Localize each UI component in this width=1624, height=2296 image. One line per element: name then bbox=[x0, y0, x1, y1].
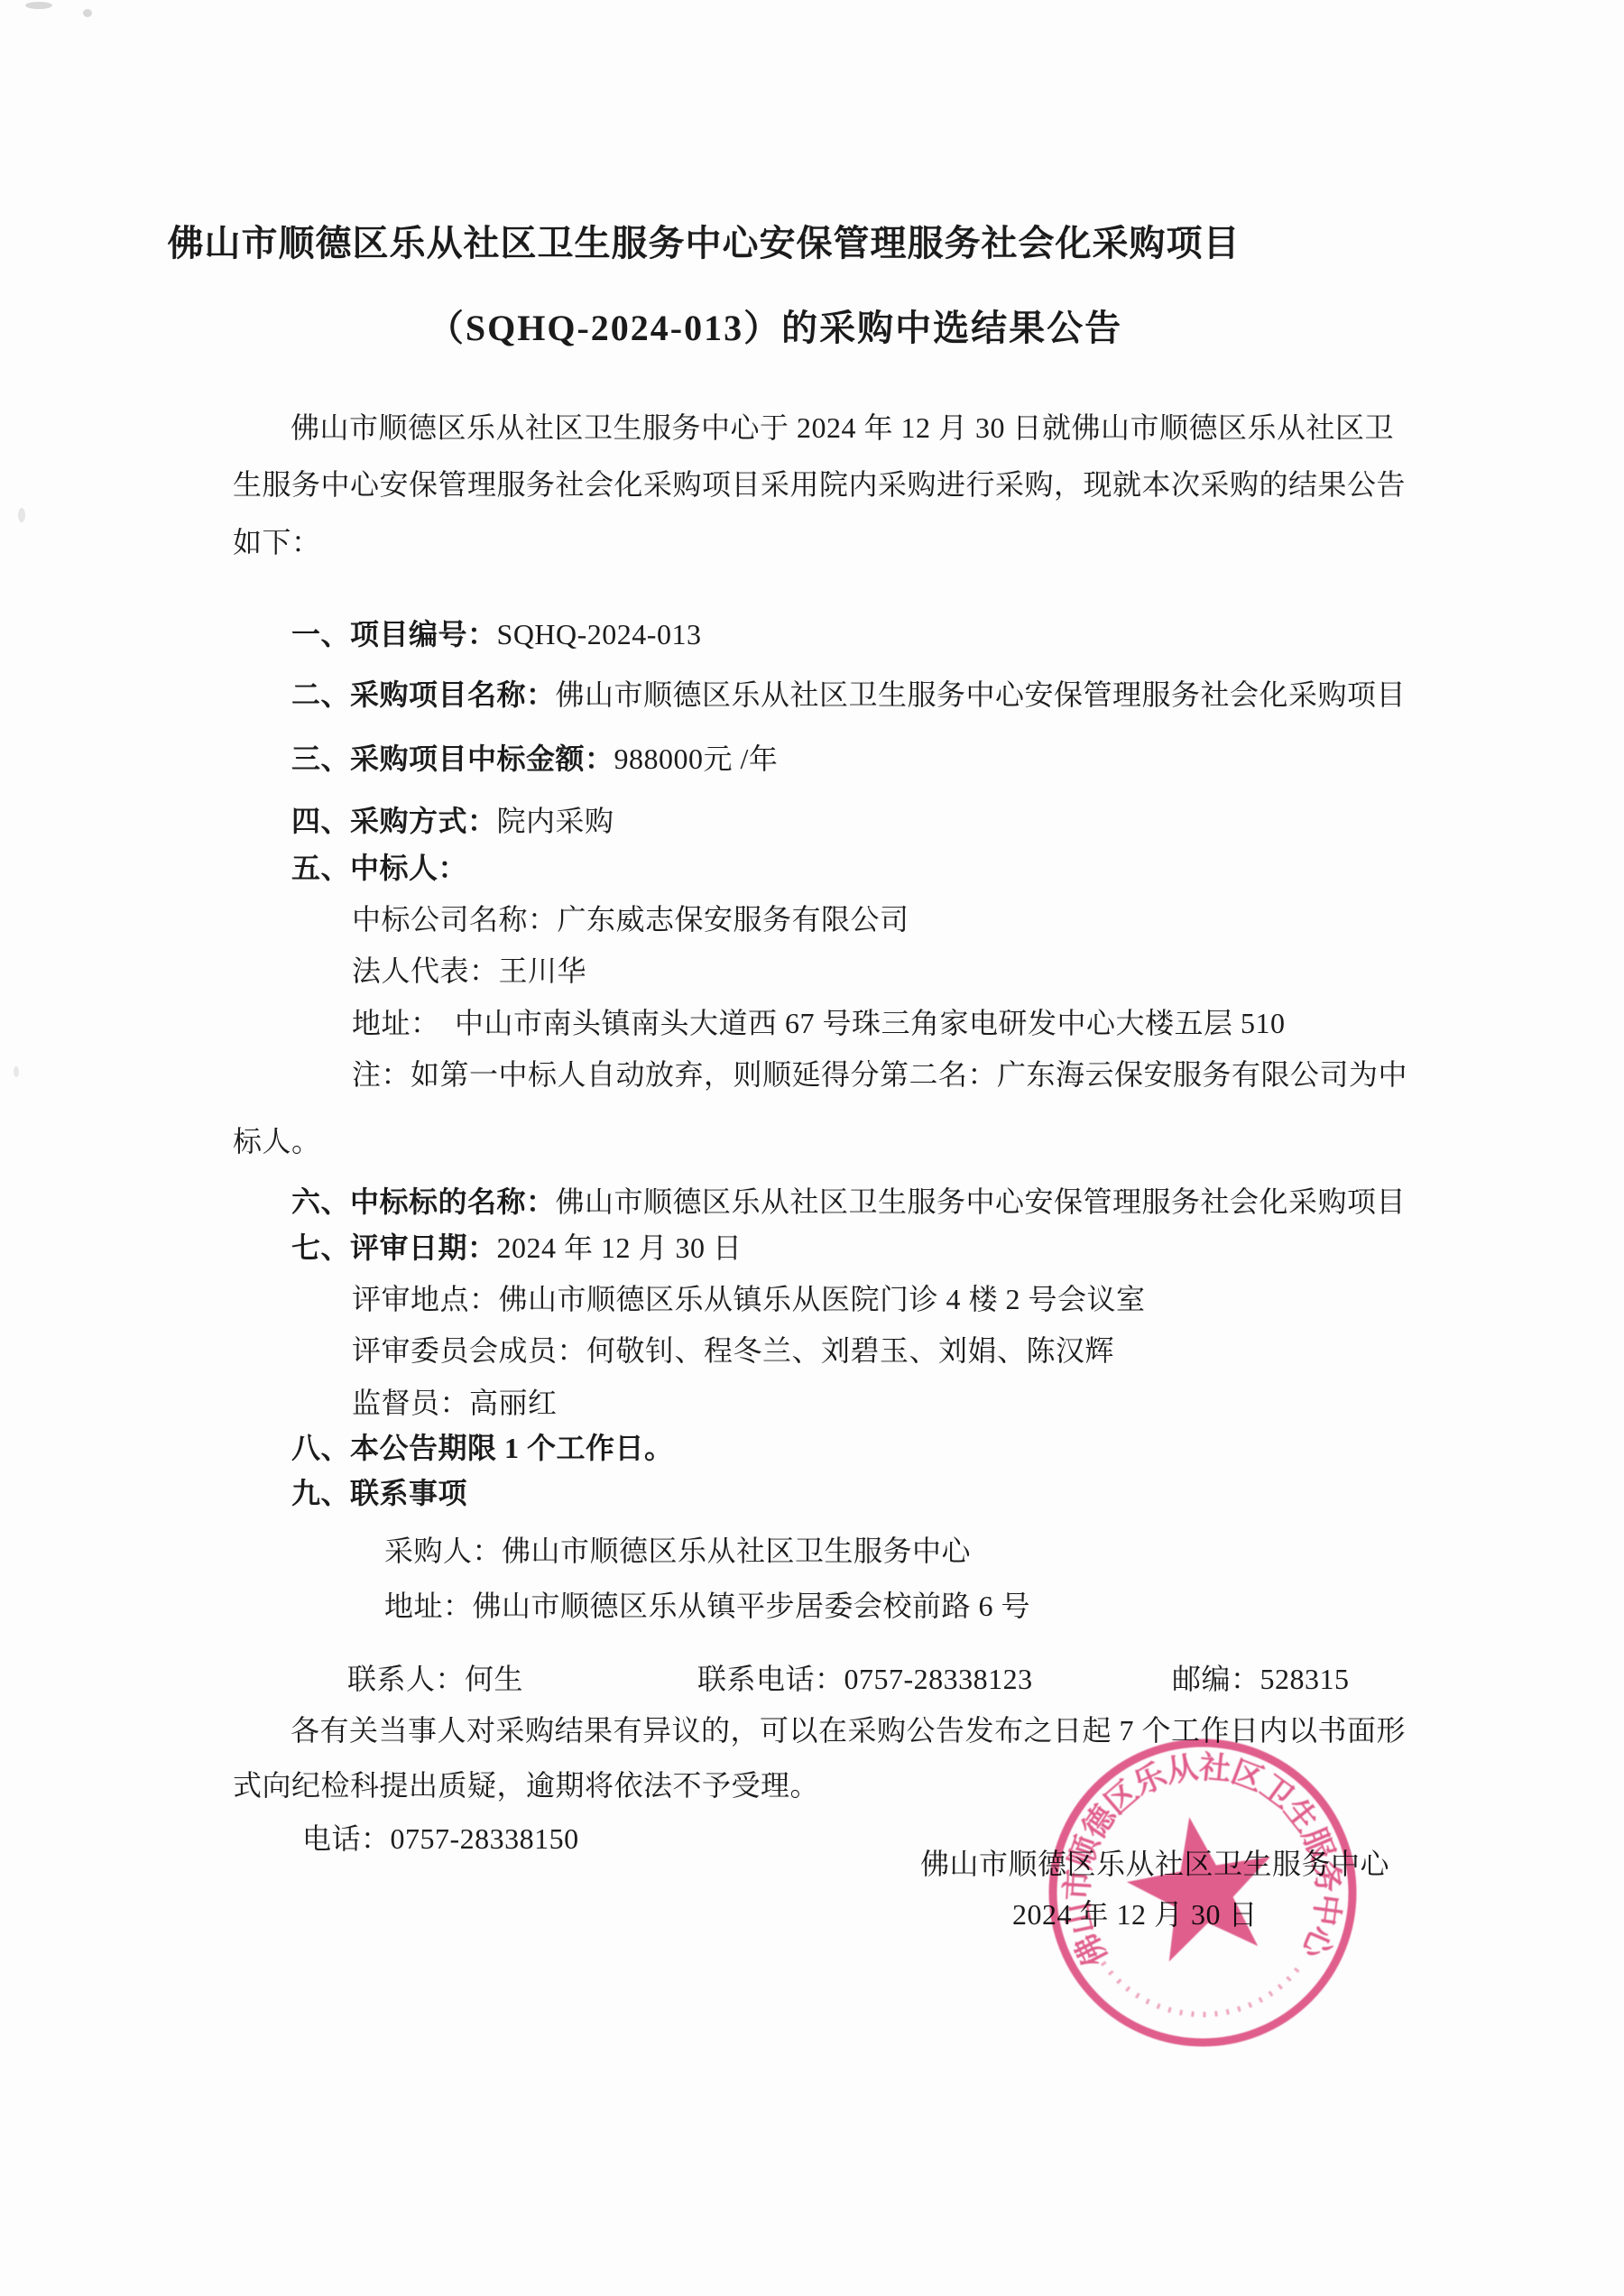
line-text: 评审地点：佛山市顺德区乐从镇乐从医院门诊 4 楼 2 号会议室 bbox=[352, 1283, 1146, 1315]
line-heading-label: 八、本公告期限 1 个工作日。 bbox=[291, 1432, 674, 1464]
line-text: 988000元 /年 bbox=[614, 742, 779, 775]
line-heading-label: 九、联系事项 bbox=[291, 1477, 467, 1509]
document-line: 法人代表：王川华 bbox=[233, 951, 1615, 991]
document-line: 如下： bbox=[233, 522, 1496, 562]
document-line: 地址： 中山市南头镇南头大道西 67 号珠三角家电研发中心大楼五层 510 bbox=[233, 1003, 1615, 1043]
document-line-segment: 联系人：何生 bbox=[347, 1659, 523, 1699]
line-text: 采购人：佛山市顺德区乐从社区卫生服务中心 bbox=[384, 1535, 971, 1567]
document-line: 六、中标标的名称：佛山市顺德区乐从社区卫生服务中心安保管理服务社会化采购项目 bbox=[233, 1182, 1555, 1222]
document-line: 联系人：何生联系电话：0757-28338123邮编：528315 bbox=[233, 1659, 1496, 1699]
document-line: 二、采购项目名称：佛山市顺德区乐从社区卫生服务中心安保管理服务社会化采购项目 bbox=[233, 675, 1555, 715]
line-text: 各有关当事人对采购结果有异议的，可以在采购公告发布之日起 7 个工作日内以书面形 bbox=[291, 1714, 1406, 1747]
document-line: 九、联系事项 bbox=[233, 1473, 1555, 1513]
line-heading-label: 二、采购项目名称： bbox=[291, 678, 556, 711]
document-line: 采购人：佛山市顺德区乐从社区卫生服务中心 bbox=[233, 1531, 1624, 1571]
document-line: 四、采购方式：院内采购 bbox=[233, 801, 1555, 841]
line-heading-label: 一、项目编号： bbox=[291, 618, 497, 650]
document-line: 七、评审日期：2024 年 12 月 30 日 bbox=[233, 1228, 1555, 1268]
line-text: 中标公司名称：广东威志保安服务有限公司 bbox=[352, 903, 909, 936]
document-line: 中标公司名称：广东威志保安服务有限公司 bbox=[233, 899, 1615, 939]
scan-artifact bbox=[25, 2, 52, 9]
line-heading-label: 七、评审日期： bbox=[291, 1231, 497, 1264]
scan-artifact bbox=[83, 9, 92, 17]
line-text: 佛山市顺德区乐从社区卫生服务中心安保管理服务社会化采购项目 bbox=[556, 1185, 1407, 1218]
document-line: 式向纪检科提出质疑，逾期将依法不予受理。 bbox=[233, 1766, 1496, 1805]
line-text: 地址：佛山市顺德区乐从镇平步居委会校前路 6 号 bbox=[384, 1590, 1030, 1622]
line-text: 注：如第一中标人自动放弃，则顺延得分第二名：广东海云保安服务有限公司为中 bbox=[352, 1058, 1407, 1091]
document-page: 佛山市顺德区乐从社区卫生服务中心安保管理服务社会化采购项目 （SQHQ-2024… bbox=[0, 0, 1624, 2296]
line-text: 地址： 中山市南头镇南头大道西 67 号珠三角家电研发中心大楼五层 510 bbox=[352, 1007, 1286, 1039]
line-heading-label: 三、采购项目中标金额： bbox=[291, 742, 614, 775]
document-line: 各有关当事人对采购结果有异议的，可以在采购公告发布之日起 7 个工作日内以书面形 bbox=[233, 1710, 1554, 1750]
line-text: SQHQ-2024-013 bbox=[497, 618, 702, 650]
document-line: 一、项目编号：SQHQ-2024-013 bbox=[233, 614, 1555, 654]
document-line: 标人。 bbox=[233, 1121, 1496, 1161]
document-line: 评审地点：佛山市顺德区乐从镇乐从医院门诊 4 楼 2 号会议室 bbox=[233, 1279, 1615, 1319]
document-line: 生服务中心安保管理服务社会化采购项目采用院内采购进行采购，现就本次采购的结果公告 bbox=[233, 465, 1496, 504]
line-text: 式向纪检科提出质疑，逾期将依法不予受理。 bbox=[233, 1769, 819, 1802]
line-text: 院内采购 bbox=[497, 805, 614, 837]
line-text: 评审委员会成员：何敬钊、程冬兰、刘碧玉、刘娟、陈汉辉 bbox=[352, 1334, 1114, 1367]
document-line-segment: 联系电话：0757-28338123 bbox=[697, 1659, 1033, 1699]
line-text: 标人。 bbox=[233, 1125, 321, 1157]
document-line: 三、采购项目中标金额：988000元 /年 bbox=[233, 739, 1555, 779]
scan-artifact bbox=[18, 508, 25, 522]
document-line: 注：如第一中标人自动放弃，则顺延得分第二名：广东海云保安服务有限公司为中 bbox=[233, 1055, 1615, 1094]
line-text: 生服务中心安保管理服务社会化采购项目采用院内采购进行采购，现就本次采购的结果公告 bbox=[233, 468, 1406, 501]
document-line: 地址：佛山市顺德区乐从镇平步居委会校前路 6 号 bbox=[233, 1586, 1624, 1626]
line-text: 如下： bbox=[233, 526, 321, 558]
document-line-segment: 邮编：528315 bbox=[1172, 1659, 1350, 1699]
signature-org: 佛山市顺德区乐从社区卫生服务中心 bbox=[920, 1844, 1389, 1884]
line-text: 电话：0757-28338150 bbox=[302, 1822, 579, 1855]
document-line: 监督员：高丽红 bbox=[233, 1383, 1615, 1423]
line-text: 佛山市顺德区乐从社区卫生服务中心安保管理服务社会化采购项目 bbox=[556, 678, 1407, 711]
document-line: 佛山市顺德区乐从社区卫生服务中心于 2024 年 12 月 30 日就佛山市顺德… bbox=[233, 408, 1554, 447]
document-line: 八、本公告期限 1 个工作日。 bbox=[233, 1428, 1555, 1468]
line-text: 监督员：高丽红 bbox=[352, 1387, 558, 1419]
scan-artifact bbox=[14, 1066, 19, 1077]
line-text: 2024 年 12 月 30 日 bbox=[497, 1231, 743, 1264]
document-line: 评审委员会成员：何敬钊、程冬兰、刘碧玉、刘娟、陈汉辉 bbox=[233, 1331, 1615, 1370]
line-text: 法人代表：王川华 bbox=[352, 954, 586, 987]
line-heading-label: 六、中标标的名称： bbox=[291, 1185, 556, 1218]
line-heading-label: 四、采购方式： bbox=[291, 805, 497, 837]
document-body: 佛山市顺德区乐从社区卫生服务中心于 2024 年 12 月 30 日就佛山市顺德… bbox=[233, 0, 1496, 2296]
document-line: 五、中标人： bbox=[233, 848, 1555, 888]
signature-date: 2024 年 12 月 30 日 bbox=[1012, 1895, 1258, 1934]
line-text: 佛山市顺德区乐从社区卫生服务中心于 2024 年 12 月 30 日就佛山市顺德… bbox=[291, 411, 1394, 444]
line-heading-label: 五、中标人： bbox=[291, 852, 467, 884]
